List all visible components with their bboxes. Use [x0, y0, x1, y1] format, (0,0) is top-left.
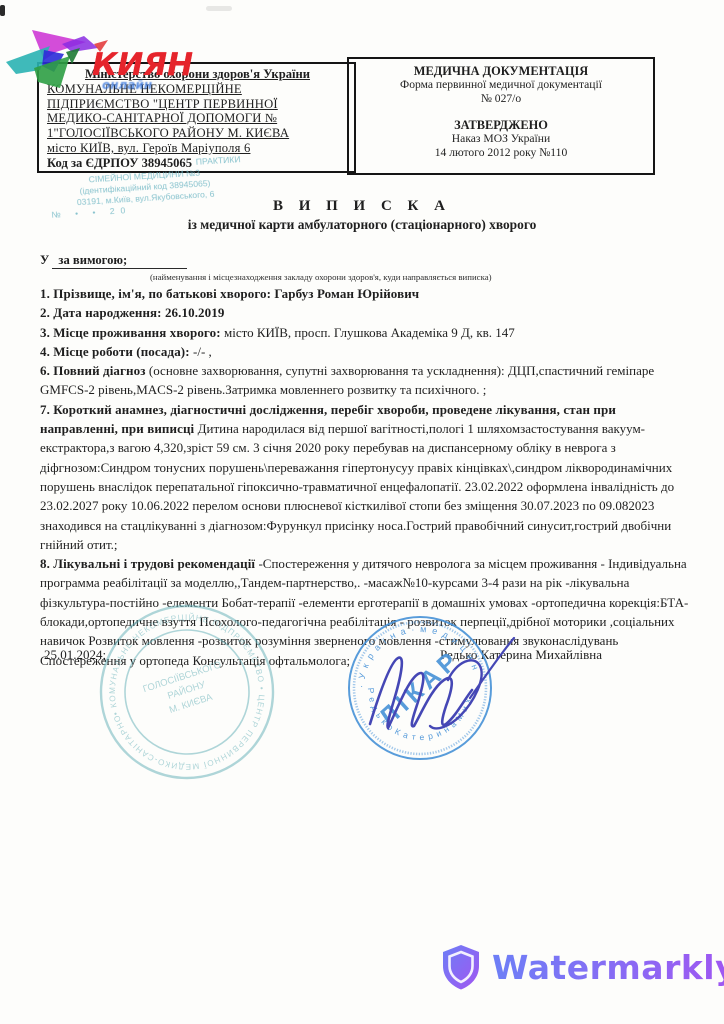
watermarkly-badge: Watermarkly [440, 944, 724, 990]
birth-date: 26.10.2019 [165, 305, 225, 320]
form-number: № 027/о [349, 92, 653, 106]
item-diagnosis: 6. Повний діагноз (основне захворювання,… [40, 361, 692, 400]
item-workplace: 4. Місце роботи (посада): -/- , [40, 342, 692, 361]
scan-smudge [206, 6, 232, 11]
workplace-value: -/- , [193, 344, 212, 359]
scanned-document-page: КИЯН онлайн Міністерство охорони здоров'… [0, 0, 724, 1024]
item-residence: 3. Місце проживання хворого: місто КИЇВ,… [40, 323, 692, 342]
patient-name: Гарбуз Роман Юрійович [274, 286, 419, 301]
header-form-box: МЕДИЧНА ДОКУМЕНТАЦІЯ Форма первинної мед… [347, 57, 655, 175]
watermarkly-text: Watermarkly [492, 948, 724, 987]
recipient-line: У за вимогою; [40, 253, 187, 268]
institution-address: місто КИЇВ, вул. Героїв Маріуполя 6 [47, 141, 348, 156]
shield-icon [440, 944, 482, 990]
anamnesis-value: Дитина народилася від першої вагітності,… [40, 421, 674, 552]
order-date-line: 14 лютого 2012 року №110 [349, 146, 653, 160]
institution-line-4: 1"ГОЛОСІЇВСЬКОГО РАЙОНУ М. КИЄВА [47, 126, 348, 141]
medical-documentation-title: МЕДИЧНА ДОКУМЕНТАЦІЯ [349, 64, 653, 78]
order-line: Наказ МОЗ України [349, 132, 653, 146]
residence-value: місто КИЇВ, просп. Глушкова Академіка 9 … [224, 325, 515, 340]
doctor-signature [352, 628, 532, 758]
scan-speck [0, 5, 5, 16]
item-surname: 1. Прізвище, ім'я, по батькові хворого: … [40, 284, 692, 303]
recipient-value: за вимогою; [52, 253, 187, 269]
document-subtitle: із медичної карти амбулаторного (стаціон… [0, 217, 724, 233]
institution-line-3: МЕДИКО-САНІТАРНОЇ ДОПОМОГИ № [47, 111, 348, 126]
recipient-hint: (найменування і місцезнаходження закладу… [150, 272, 492, 282]
item-birthdate: 2. Дата народження: 26.10.2019 [40, 303, 692, 322]
approved-label: ЗАТВЕРДЖЕНО [349, 118, 653, 132]
item-anamnesis: 7. Короткий анамнез, діагностичні дослід… [40, 400, 692, 554]
form-line: Форма первинної медичної документації [349, 78, 653, 92]
kyian-logo-text: КИЯН [92, 50, 193, 81]
kyian-logo-subtext: онлайн [102, 78, 152, 92]
recipient-prefix: У [40, 253, 49, 267]
